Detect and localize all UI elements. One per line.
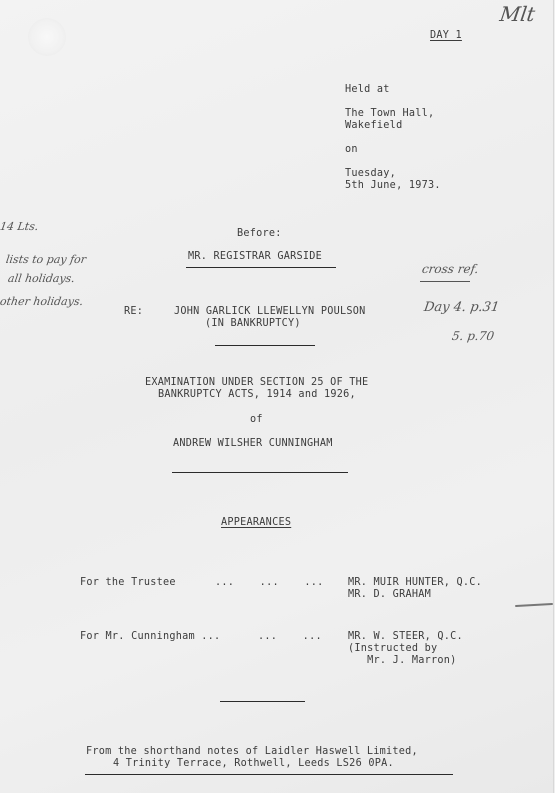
margin-cross-ref: cross ref.: [421, 262, 479, 276]
leader-dots: ... ... ...: [215, 576, 324, 589]
counsel-line: MR. D. GRAHAM: [348, 588, 431, 601]
party-label: For Mr. Cunningham ...: [80, 630, 220, 643]
margin-day4-ref: Day 4. p.31: [423, 300, 500, 315]
party-label: For the Trustee: [80, 576, 176, 589]
leader-dots: ... ...: [258, 630, 322, 643]
venue-line-2: Wakefield: [345, 119, 402, 132]
footer-line-2: 4 Trinity Terrace, Rothwell, Leeds LS26 …: [113, 757, 394, 770]
counsel-line: Mr. J. Marron): [348, 654, 457, 667]
examinee-name: ANDREW WILSHER CUNNINGHAM: [173, 437, 333, 450]
margin-note-1: 14 Lts.: [0, 220, 39, 233]
appearances-title: APPEARANCES: [221, 516, 291, 529]
punch-hole: [28, 18, 66, 56]
re-label: RE:: [124, 305, 143, 318]
document-page: Mlt DAY 1 Held at The Town Hall, Wakefie…: [0, 0, 554, 793]
margin-note-3: all holidays.: [7, 272, 76, 285]
cross-ref-rule: [420, 281, 470, 282]
handwritten-initials: Mlt: [498, 2, 536, 26]
registrar-name: MR. REGISTRAR GARSIDE: [188, 250, 322, 263]
paper-tear: [515, 603, 553, 607]
day-label: DAY 1: [430, 29, 462, 42]
margin-note-4: other holidays.: [0, 295, 84, 308]
before-label: Before:: [237, 227, 282, 240]
registrar-rule: [186, 267, 336, 268]
examination-rule: [172, 472, 348, 473]
date-line-2: 5th June, 1973.: [345, 179, 441, 192]
re-rule: [215, 345, 315, 346]
margin-day5-ref: 5. p.70: [451, 329, 495, 343]
held-at-label: Held at: [345, 83, 390, 96]
margin-note-2: lists to pay for: [5, 253, 87, 266]
of-label: of: [250, 413, 263, 426]
examination-line-2: BANKRUPTCY ACTS, 1914 and 1926,: [158, 388, 356, 401]
footer-rule: [85, 774, 453, 775]
appearances-rule: [220, 701, 305, 702]
on-label: on: [345, 143, 358, 156]
bankrupt-status: (IN BANKRUPTCY): [205, 317, 301, 330]
